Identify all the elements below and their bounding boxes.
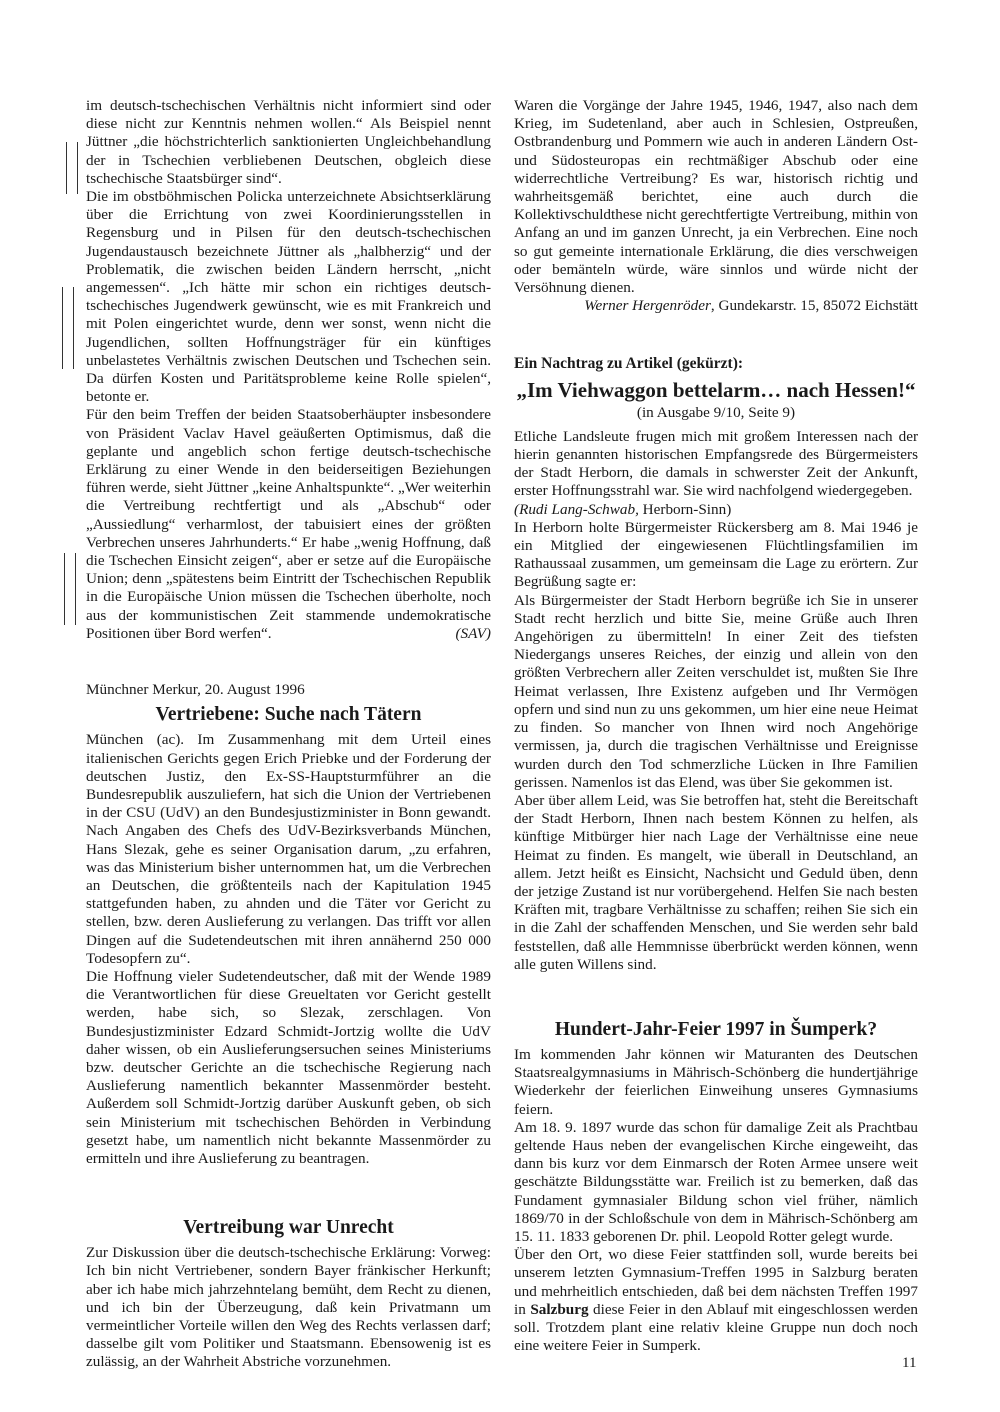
- paragraph: In Herborn holte Bürgermeister Rückersbe…: [514, 519, 918, 592]
- article-vertriebene: Münchner Merkur, 20. August 1996 Vertrie…: [86, 681, 491, 1168]
- paragraph: Über den Ort, wo diese Feier stattfinden…: [514, 1246, 918, 1355]
- paragraph: Am 18. 9. 1897 wurde das schon für damal…: [514, 1119, 918, 1246]
- paragraph: Zur Diskussion über die deutsch-tschechi…: [86, 1244, 491, 1371]
- intro-credit: (Rudi Lang-Schwab, Herborn-Sinn): [514, 501, 918, 519]
- source-line: Münchner Merkur, 20. August 1996: [86, 681, 491, 699]
- page-number: 11: [902, 1355, 916, 1372]
- paragraph: München (ac). Im Zusammenhang mit dem Ur…: [86, 731, 491, 968]
- intro-place: Herborn-Sinn): [639, 501, 731, 518]
- headline: Vertriebene: Suche nach Tätern: [86, 704, 491, 726]
- paragraph: im deutsch-tschechischen Verhältnis nich…: [86, 97, 491, 188]
- paragraph: Für den beim Treffen der beiden Staatsob…: [86, 406, 491, 643]
- paragraph: Im kommenden Jahr können wir Maturanten …: [514, 1046, 918, 1119]
- headline: Vertreibung war Unrecht: [86, 1217, 491, 1239]
- article-vertreibung-unrecht: Vertreibung war Unrecht Zur Diskussion ü…: [86, 1217, 491, 1371]
- left-column: im deutsch-tschechischen Verhältnis nich…: [86, 97, 491, 1372]
- article-vertreibung-continued: Waren die Vorgänge der Jahre 1945, 1946,…: [514, 97, 918, 315]
- author-signature: (SAV): [455, 625, 491, 643]
- paragraph: Aber über allem Leid, was Sie betroffen …: [514, 792, 918, 974]
- paragraph-text: Für den beim Treffen der beiden Staatsob…: [86, 406, 491, 641]
- right-column: Waren die Vorgänge der Jahre 1945, 1946,…: [514, 97, 918, 1355]
- kicker: Ein Nachtrag zu Artikel (gekürzt):: [514, 355, 918, 373]
- article-continuation: im deutsch-tschechischen Verhältnis nich…: [86, 97, 491, 643]
- paragraph: Die im obstböhmischen Policka unterzeich…: [86, 188, 491, 406]
- intro-author: Rudi Lang-Schwab,: [519, 501, 639, 518]
- headline: „Im Viehwaggon bettelarm… nach Hessen!“: [514, 378, 918, 402]
- paragraph: Die Hoffnung vieler Sudetendeutscher, da…: [86, 968, 491, 1168]
- author-name: Werner Hergenröder: [584, 297, 711, 314]
- margin-annotation-mark: [62, 287, 74, 369]
- article-viehwaggon: Ein Nachtrag zu Artikel (gekürzt): „Im V…: [514, 355, 918, 974]
- margin-annotation-mark: [66, 142, 78, 194]
- article-hundert-jahr-feier: Hundert-Jahr-Feier 1997 in Šumperk? Im k…: [514, 1019, 918, 1355]
- paragraph: Waren die Vorgänge der Jahre 1945, 1946,…: [514, 97, 918, 297]
- subtitle: (in Ausgabe 9/10, Seite 9): [514, 404, 918, 422]
- headline: Hundert-Jahr-Feier 1997 in Šumperk?: [514, 1019, 918, 1041]
- author-address: , Gundekarstr. 15, 85072 Eichstätt: [711, 297, 918, 314]
- margin-annotation-mark: [64, 553, 76, 625]
- paragraph: Als Bürgermeister der Stadt Herborn begr…: [514, 592, 918, 792]
- author-attribution: Werner Hergenröder, Gundekarstr. 15, 850…: [514, 297, 918, 315]
- paragraph: Etliche Landsleute frugen mich mit große…: [514, 428, 918, 501]
- emphasis-salzburg: Salzburg: [530, 1301, 588, 1318]
